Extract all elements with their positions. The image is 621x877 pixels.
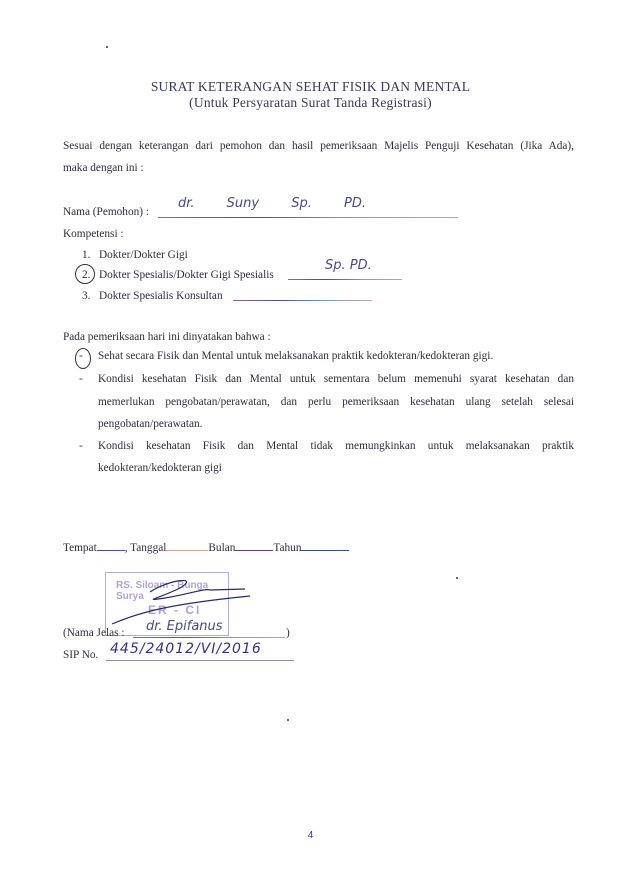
statement-2-line-1: Kondisi kesehatan Fisik dan Mental untuk… bbox=[98, 373, 574, 385]
tanggal-field-line bbox=[166, 550, 208, 551]
konsultan-field-line bbox=[233, 300, 372, 301]
kompetensi-text: Dokter Spesialis/Dokter Gigi Spesialis bbox=[99, 269, 274, 281]
tempat-field-line bbox=[97, 550, 125, 551]
tempat-label: Tempat bbox=[63, 542, 97, 554]
scan-speck bbox=[456, 577, 458, 579]
nama-jelas-close-paren: ) bbox=[286, 627, 290, 639]
kompetensi-text: Dokter/Dokter Gigi bbox=[99, 249, 188, 261]
bulan-label: Bulan bbox=[208, 542, 235, 554]
kompetensi-number: 3. bbox=[82, 290, 90, 302]
nama-jelas-label: (Nama Jelas : bbox=[63, 627, 124, 639]
bulan-field-line bbox=[235, 550, 273, 551]
intro-line-2: maka dengan ini : bbox=[63, 162, 144, 174]
nama-jelas-field-line bbox=[133, 637, 285, 638]
kompetensi-label: Kompetensi : bbox=[63, 228, 124, 240]
sip-handwritten-value: 445/24012/VI/2016 bbox=[110, 641, 262, 657]
statement-1-line-1: Sehat secara Fisik dan Mental untuk mela… bbox=[98, 350, 493, 362]
intro-line-1: Sesuai dengan keterangan dari pemohon da… bbox=[63, 140, 574, 152]
nama-field-line bbox=[158, 217, 458, 218]
kompetensi-number: 2. bbox=[82, 269, 90, 281]
kompetensi-item-2: 2. Dokter Spesialis/Dokter Gigi Spesiali… bbox=[82, 269, 274, 281]
statement-2-line-3: pengobatan/perawatan. bbox=[98, 418, 202, 430]
statement-bullet: - bbox=[79, 440, 83, 452]
statement-bullet: - bbox=[79, 350, 83, 362]
date-line: Tempat, TanggalBulanTahun bbox=[63, 542, 349, 554]
nama-jelas-handwritten-value: dr. Epifanus bbox=[146, 619, 223, 634]
kompetensi-number: 1. bbox=[82, 249, 90, 261]
pemeriksaan-label: Pada pemeriksaan hari ini dinyatakan bah… bbox=[63, 331, 271, 343]
spesialis-handwritten-value: Sp. PD. bbox=[325, 258, 372, 273]
scan-speck bbox=[287, 719, 289, 721]
document-title: SURAT KETERANGAN SEHAT FISIK DAN MENTAL bbox=[0, 79, 621, 95]
nama-label: Nama (Pemohon) : bbox=[63, 206, 149, 218]
sip-field-line bbox=[106, 660, 294, 661]
selection-circle-mark bbox=[75, 348, 91, 369]
kompetensi-item-3: 3. Dokter Spesialis Konsultan bbox=[82, 290, 223, 302]
kompetensi-item-1: 1. Dokter/Dokter Gigi bbox=[82, 249, 188, 261]
statement-3-line-2: kedokteran/kedokteran gigi bbox=[98, 462, 222, 474]
kompetensi-text: Dokter Spesialis Konsultan bbox=[99, 290, 223, 302]
page-number: 4 bbox=[0, 830, 621, 841]
scan-speck bbox=[106, 46, 108, 48]
tahun-label: Tahun bbox=[273, 542, 301, 554]
tahun-field-line bbox=[301, 550, 349, 551]
tanggal-label: , Tanggal bbox=[125, 542, 167, 554]
nama-handwritten-value: dr. Suny Sp. PD. bbox=[178, 196, 366, 211]
sip-label: SIP No. bbox=[63, 649, 98, 661]
spesialis-field-line bbox=[288, 279, 402, 280]
statement-3-line-1: Kondisi kesehatan Fisik dan Mental tidak… bbox=[98, 440, 574, 452]
document-subtitle: (Untuk Persyaratan Surat Tanda Registras… bbox=[0, 95, 621, 111]
statement-2-line-2: memerlukan pengobatan/perawatan, dan per… bbox=[98, 396, 574, 408]
statement-bullet: - bbox=[79, 373, 83, 385]
